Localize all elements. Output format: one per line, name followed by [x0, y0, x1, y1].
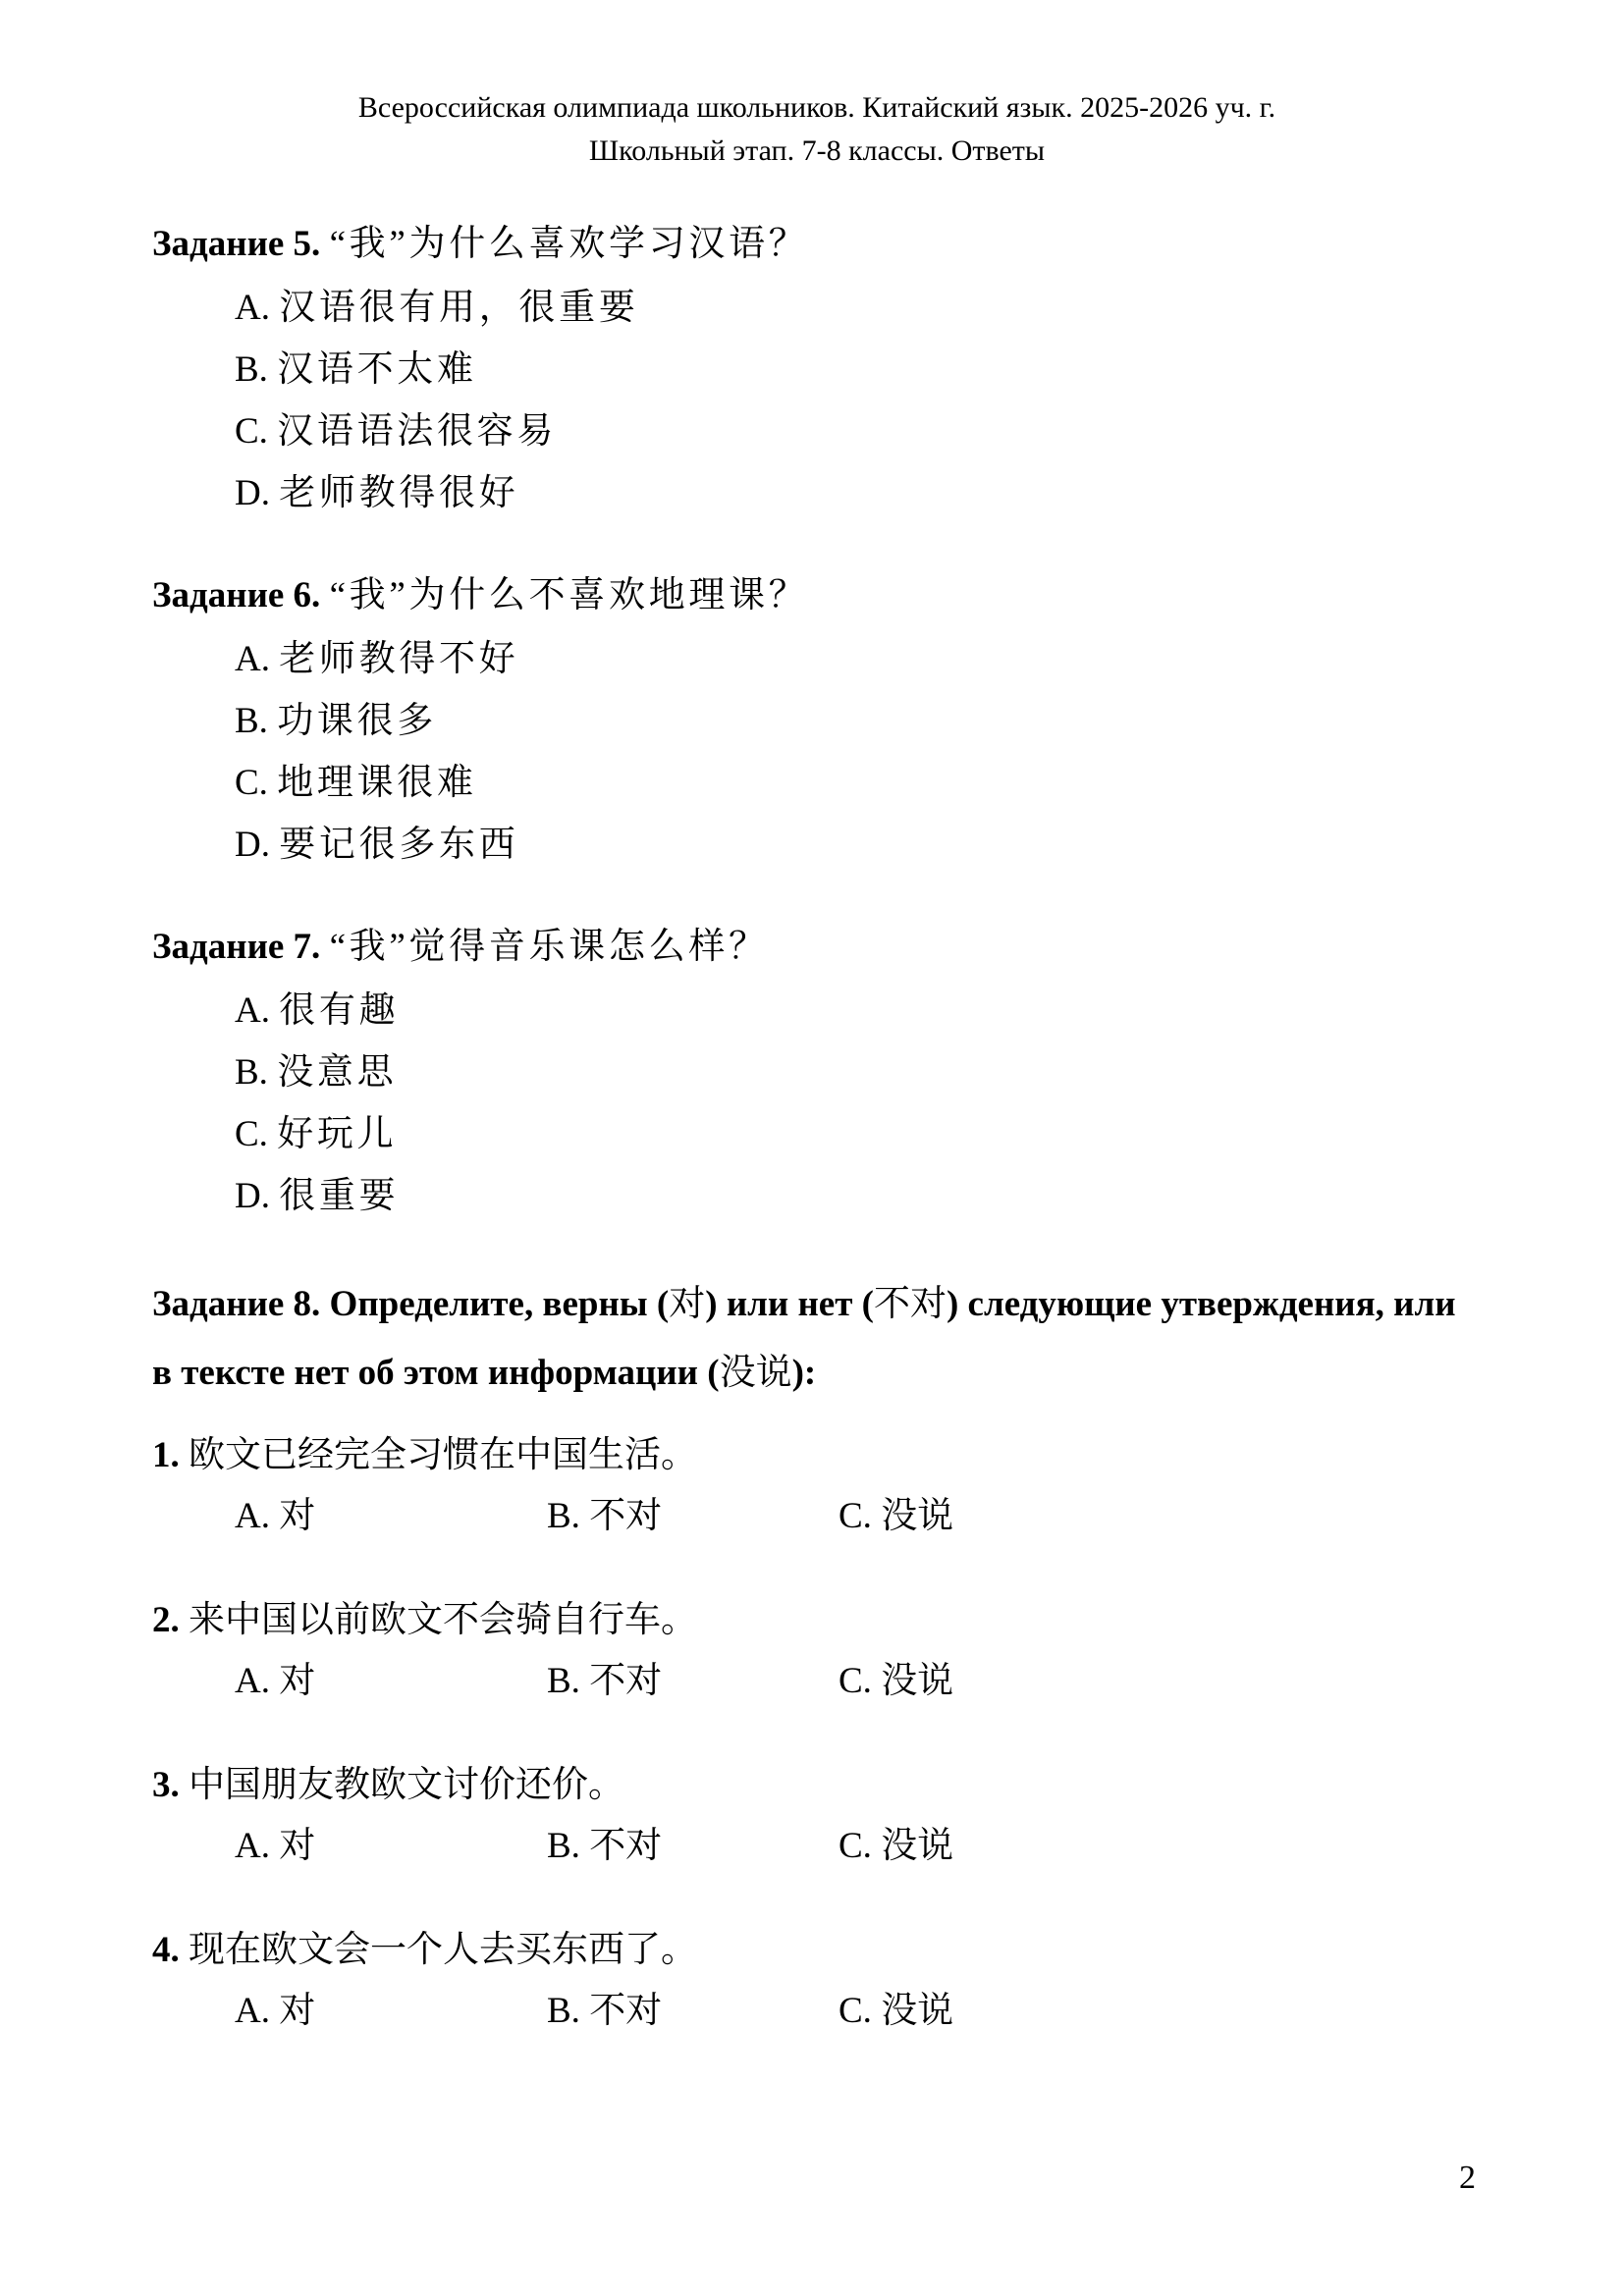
answer-letter: B. [547, 1991, 580, 2031]
option-text: 老师教得很好 [279, 473, 518, 513]
answer-option-b: B. 不对 [547, 1486, 662, 1547]
answer-option-c: C. 没说 [839, 1486, 953, 1547]
statement-2: 2. 来中国以前欧文不会骑自行车。 A. 对 B. 不对 C. 没说 [152, 1590, 1482, 1712]
option-letter: C. [235, 763, 268, 803]
answer-letter: C. [839, 1661, 872, 1701]
task-7-option-c: C. 好玩儿 [235, 1103, 1482, 1165]
statement-3-answers: A. 对 B. 不对 C. 没说 [152, 1816, 1482, 1877]
answer-letter: A. [235, 1661, 270, 1701]
answer-option-c: C. 没说 [839, 1816, 953, 1877]
statement-cjk: 来中国以前欧文不会骑自行车。 [189, 1600, 697, 1640]
option-text: 汉语语法很容易 [277, 411, 557, 452]
heading-cjk-dui: 对 [669, 1284, 705, 1324]
option-text: 很有趣 [279, 990, 399, 1031]
option-letter: C. [235, 411, 268, 452]
statement-1-text: 1. 欧文已经完全习惯在中国生活。 [152, 1425, 1482, 1486]
statement-cjk: 现在欧文会一个人去买东西了。 [189, 1930, 697, 1970]
document-page: Всероссийская олимпиада школьников. Кита… [0, 0, 1624, 2296]
answer-text: 对 [279, 1496, 315, 1536]
statement-cjk: 欧文已经完全习惯在中国生活。 [189, 1435, 697, 1475]
option-text: 要记很多东西 [279, 825, 518, 865]
answer-text: 不对 [589, 1661, 662, 1701]
option-text: 功课很多 [277, 701, 437, 741]
heading-cjk-meishuo: 没说 [720, 1353, 792, 1393]
task-8-heading: Задание 8. Определите, верны (对) или нет… [152, 1270, 1482, 1408]
heading-segment: ): [792, 1353, 817, 1393]
option-letter: B. [235, 701, 268, 741]
answer-text: 没说 [881, 1826, 953, 1866]
statement-4-text: 4. 现在欧文会一个人去买东西了。 [152, 1920, 1482, 1981]
option-letter: A. [235, 288, 270, 328]
task-5-options: A. 汉语很有用，很重要 B. 汉语不太难 C. 汉语语法很容易 D. 老师教得… [152, 277, 1482, 524]
header-line-2: Школьный этап. 7-8 классы. Ответы [152, 130, 1482, 173]
answer-option-b: B. 不对 [547, 1816, 662, 1877]
statement-cjk: 中国朋友教欧文讨价还价。 [189, 1765, 624, 1805]
document-header: Всероссийская олимпиада школьников. Кита… [152, 86, 1482, 173]
task-6-heading: Задание 6. “我”为什么不喜欢地理课？ [152, 569, 1482, 622]
statement-number: 3. [152, 1765, 180, 1805]
answer-text: 不对 [589, 1826, 662, 1866]
answer-text: 不对 [589, 1991, 662, 2031]
option-letter: D. [235, 825, 270, 865]
answer-letter: A. [235, 1991, 270, 2031]
task-5-heading: Задание 5. “我”为什么喜欢学习汉语？ [152, 218, 1482, 271]
task-7-options: A. 很有趣 B. 没意思 C. 好玩儿 D. 很重要 [152, 980, 1482, 1227]
task-7-question: “我”觉得音乐课怎么样？ [330, 927, 769, 967]
statement-number: 2. [152, 1600, 180, 1640]
answer-text: 没说 [881, 1991, 953, 2031]
answer-letter: C. [839, 1496, 872, 1536]
option-text: 老师教得不好 [279, 639, 518, 679]
option-text: 地理课很难 [277, 763, 477, 803]
statement-3-text: 3. 中国朋友教欧文讨价还价。 [152, 1755, 1482, 1816]
statement-number: 1. [152, 1435, 180, 1475]
task-6: Задание 6. “我”为什么不喜欢地理课？ A. 老师教得不好 B. 功课… [152, 569, 1482, 876]
answer-option-a: A. 对 [235, 1486, 315, 1547]
option-letter: B. [235, 349, 268, 390]
answer-option-c: C. 没说 [839, 1651, 953, 1712]
answer-text: 对 [279, 1991, 315, 2031]
answer-option-b: B. 不对 [547, 1651, 662, 1712]
task-7-heading: Задание 7. “我”觉得音乐课怎么样？ [152, 921, 1482, 974]
answer-option-c: C. 没说 [839, 1981, 953, 2042]
task-6-option-b: B. 功课很多 [235, 690, 1482, 752]
heading-cjk-budui: 不对 [874, 1284, 947, 1324]
task-6-question: “我”为什么不喜欢地理课？ [330, 575, 809, 615]
option-text: 汉语不太难 [277, 349, 477, 390]
statement-1-answers: A. 对 B. 不对 C. 没说 [152, 1486, 1482, 1547]
option-letter: D. [235, 473, 270, 513]
answer-text: 对 [279, 1826, 315, 1866]
option-text: 汉语很有用，很重要 [279, 288, 638, 328]
answer-option-a: A. 对 [235, 1816, 315, 1877]
page-number: 2 [1459, 2160, 1476, 2197]
statement-4: 4. 现在欧文会一个人去买东西了。 A. 对 B. 不对 C. 没说 [152, 1920, 1482, 2042]
option-letter: D. [235, 1176, 270, 1216]
answer-text: 没说 [881, 1661, 953, 1701]
answer-option-b: B. 不对 [547, 1981, 662, 2042]
task-6-label: Задание 6. [152, 575, 320, 615]
task-7-option-a: A. 很有趣 [235, 980, 1482, 1041]
task-5-label: Задание 5. [152, 224, 320, 264]
answer-letter: B. [547, 1826, 580, 1866]
option-letter: B. [235, 1052, 268, 1093]
task-5-option-b: B. 汉语不太难 [235, 339, 1482, 400]
heading-segment: Задание 8. Определите, верны ( [152, 1284, 669, 1324]
answer-letter: B. [547, 1661, 580, 1701]
option-text: 很重要 [279, 1176, 399, 1216]
task-6-option-d: D. 要记很多东西 [235, 814, 1482, 876]
option-letter: A. [235, 639, 270, 679]
answer-letter: C. [839, 1826, 872, 1866]
statement-2-text: 2. 来中国以前欧文不会骑自行车。 [152, 1590, 1482, 1651]
answer-letter: A. [235, 1496, 270, 1536]
answer-text: 对 [279, 1661, 315, 1701]
header-line-1: Всероссийская олимпиада школьников. Кита… [152, 86, 1482, 130]
task-5-option-c: C. 汉语语法很容易 [235, 400, 1482, 462]
task-6-option-a: A. 老师教得不好 [235, 628, 1482, 690]
option-letter: A. [235, 990, 270, 1031]
answer-text: 不对 [589, 1496, 662, 1536]
statement-number: 4. [152, 1930, 180, 1970]
answer-letter: B. [547, 1496, 580, 1536]
task-5-option-d: D. 老师教得很好 [235, 462, 1482, 524]
option-letter: C. [235, 1114, 268, 1154]
answer-option-a: A. 对 [235, 1981, 315, 2042]
task-7: Задание 7. “我”觉得音乐课怎么样？ A. 很有趣 B. 没意思 C.… [152, 921, 1482, 1227]
statement-3: 3. 中国朋友教欧文讨价还价。 A. 对 B. 不对 C. 没说 [152, 1755, 1482, 1877]
task-7-label: Задание 7. [152, 927, 320, 967]
answer-letter: C. [839, 1991, 872, 2031]
task-6-options: A. 老师教得不好 B. 功课很多 C. 地理课很难 D. 要记很多东西 [152, 628, 1482, 876]
heading-segment: ) или нет ( [705, 1284, 874, 1324]
task-8: Задание 8. Определите, верны (对) или нет… [152, 1270, 1482, 2042]
answer-letter: A. [235, 1826, 270, 1866]
task-7-option-b: B. 没意思 [235, 1041, 1482, 1103]
task-7-option-d: D. 很重要 [235, 1165, 1482, 1227]
task-5-option-a: A. 汉语很有用，很重要 [235, 277, 1482, 339]
task-6-option-c: C. 地理课很难 [235, 752, 1482, 814]
task-5: Задание 5. “我”为什么喜欢学习汉语？ A. 汉语很有用，很重要 B.… [152, 218, 1482, 524]
statement-1: 1. 欧文已经完全习惯在中国生活。 A. 对 B. 不对 C. 没说 [152, 1425, 1482, 1547]
option-text: 好玩儿 [277, 1114, 397, 1154]
statement-4-answers: A. 对 B. 不对 C. 没说 [152, 1981, 1482, 2042]
answer-text: 没说 [881, 1496, 953, 1536]
task-5-question: “我”为什么喜欢学习汉语？ [330, 224, 809, 264]
option-text: 没意思 [277, 1052, 397, 1093]
statement-2-answers: A. 对 B. 不对 C. 没说 [152, 1651, 1482, 1712]
answer-option-a: A. 对 [235, 1651, 315, 1712]
